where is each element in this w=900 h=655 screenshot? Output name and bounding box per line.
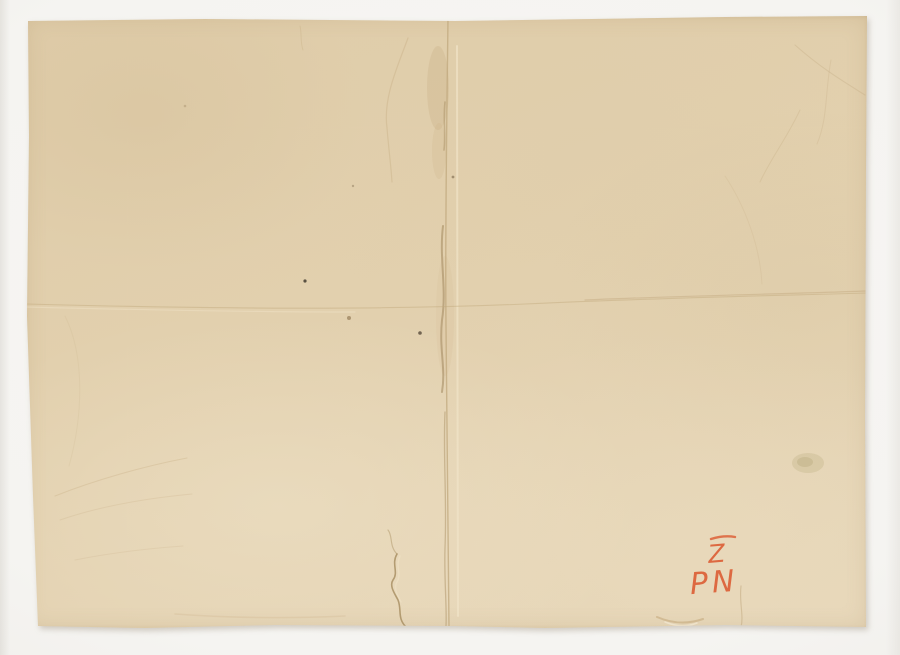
inscription-line2: PN [689,564,740,602]
fox-spots [184,105,455,335]
right-stain [792,453,824,473]
corner-wrinkles-bottom-left [55,316,192,560]
inscription: Z PN [689,536,740,602]
bottom-tear [388,530,406,627]
corner-wrinkles-top [300,26,865,284]
fold-stain-patch [427,46,454,376]
photo-background: Z PN [0,0,900,655]
paper-surface: Z PN [25,16,868,629]
paper-texture-overlay: Z PN [25,16,868,629]
paper-sheet: Z PN [25,16,868,629]
